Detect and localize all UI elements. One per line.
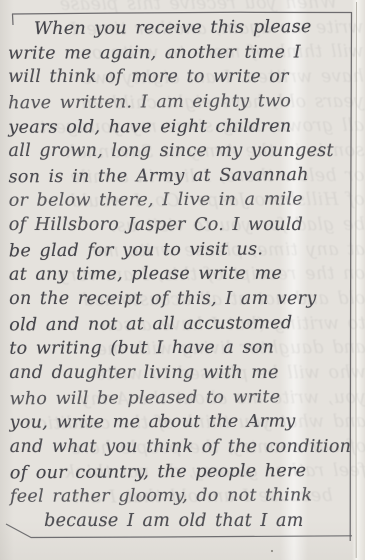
letter-line: and what you think of the condition (10, 435, 358, 460)
letter-line: old and not at all accustomed (9, 310, 357, 337)
letter-line: When you receive this please (8, 15, 356, 42)
letter-line: you, write me about the Army (10, 409, 358, 435)
letter-line: because I am old that I am (10, 509, 358, 534)
letter-line: have written. I am eighty two (8, 89, 356, 116)
letter-line: and daughter living with me (9, 361, 357, 386)
ink-dot (271, 550, 273, 552)
letter-line: on the receipt of this, I am very (9, 287, 357, 312)
letter-line: will think of more to write or (8, 65, 356, 90)
letter-line: write me again, another time I (8, 40, 356, 66)
letter-line: be glad for you to visit us. (9, 236, 357, 263)
letter-line: of Hillsboro Jasper Co. I would (9, 213, 357, 238)
letter-page: When you receive this please write me ag… (0, 0, 365, 560)
letter-line: or below there, I live in a mile (9, 188, 357, 214)
letter-line: all grown, long since my youngest (8, 139, 356, 164)
letter-line: of our country, the people here (10, 458, 358, 485)
letter-line: to writing (but I have a son (9, 336, 357, 362)
letter-line: at any time, please write me (9, 262, 357, 288)
letter-line: feel rather gloomy, do not think (10, 483, 358, 509)
letter-line: son is in the Army at Savannah (8, 162, 356, 189)
letter-line: years old, have eight children (8, 114, 356, 140)
letter-line: who will be pleased to write (9, 384, 357, 411)
letter-body: When you receive this please write me ag… (8, 15, 358, 534)
